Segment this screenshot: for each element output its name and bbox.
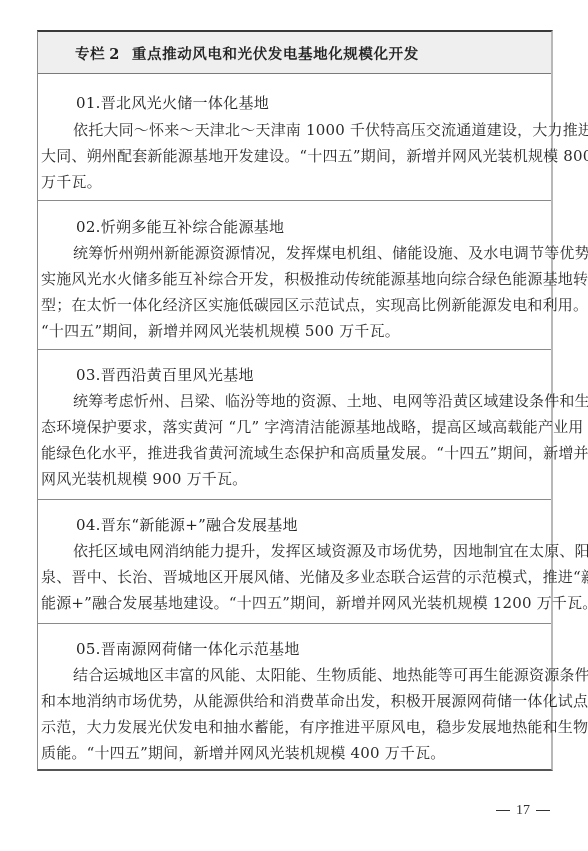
section-text-line: 质能。“十四五”期间，新增并网风光装机规模 400 万千瓦。 <box>41 742 548 763</box>
section-02: 02.忻朔多能互补综合能源基地 统筹忻州朔州新能源资源情况，发挥煤电机组、储能设… <box>38 200 551 350</box>
section-05: 05.晋南源网荷储一体化示范基地 结合运城地区丰富的风能、太阳能、生物质能、地热… <box>38 623 551 771</box>
dash-right <box>536 810 550 811</box>
section-text-line: “十四五”期间，新增并网风光装机规模 500 万千瓦。 <box>41 320 548 341</box>
document-page: 专栏2重点推动风电和光伏发电基地化规模化开发 01.晋北风光火储一体化基地 依托… <box>0 0 588 851</box>
section-text-line: 能绿色化水平，推进我省黄河流域生态保护和高质量发展。“十四五”期间，新增并 <box>41 442 548 463</box>
box-number: 2 <box>109 46 120 63</box>
section-text-line: 依托大同～怀来～天津北～天津南 1000 千伏特高压交流通道建设，大力推进 <box>73 119 548 140</box>
section-title: 05.晋南源网荷储一体化示范基地 <box>76 638 300 659</box>
section-text-line: 网风光装机规模 900 万千瓦。 <box>41 468 548 489</box>
section-04: 04.晋东“新能源+”融合发展基地 依托区域电网消纳能力提升，发挥区域资源及市场… <box>38 499 551 624</box>
section-text-line: 和本地消纳市场优势，从能源供给和消费革命出发，积极开展源网荷储一体化试点 <box>41 690 548 711</box>
section-title: 03.晋西沿黄百里风光基地 <box>76 364 254 385</box>
feature-box: 专栏2重点推动风电和光伏发电基地化规模化开发 01.晋北风光火储一体化基地 依托… <box>37 30 553 771</box>
section-text-line: 统筹忻州朔州新能源资源情况，发挥煤电机组、储能设施、及水电调节等优势， <box>73 242 548 263</box>
section-text-line: 型；在太忻一体化经济区实施低碳园区示范试点，实现高比例新能源发电和利用。 <box>41 294 548 315</box>
page-number: 17 <box>490 803 556 819</box>
box-title: 专栏2重点推动风电和光伏发电基地化规模化开发 <box>75 43 419 64</box>
page-number-value: 17 <box>516 803 530 818</box>
box-header: 专栏2重点推动风电和光伏发电基地化规模化开发 <box>38 32 551 74</box>
section-text-line: 大同、朔州配套新能源基地开发建设。“十四五”期间，新增并网风光装机规模 800 <box>41 145 548 166</box>
section-title: 02.忻朔多能互补综合能源基地 <box>76 216 284 237</box>
section-title: 04.晋东“新能源+”融合发展基地 <box>76 514 298 535</box>
section-title: 01.晋北风光火储一体化基地 <box>76 92 269 113</box>
section-text-line: 泉、晋中、长治、晋城地区开展风储、光储及多业态联合运营的示范模式，推进“新 <box>41 566 548 587</box>
section-text-line: 实施风光水火储多能互补综合开发，积极推动传统能源基地向综合绿色能源基地转 <box>41 268 548 289</box>
section-text-line: 态环境保护要求，落实黄河 “几” 字湾清洁能源基地战略，提高区域高载能产业用 <box>41 416 548 437</box>
box-label: 专栏 <box>75 46 105 63</box>
section-01: 01.晋北风光火储一体化基地 依托大同～怀来～天津北～天津南 1000 千伏特高… <box>38 73 551 201</box>
section-text-line: 万千瓦。 <box>41 171 548 192</box>
section-text-line: 示范，大力发展光伏发电和抽水蓄能，有序推进平原风电，稳步发展地热能和生物 <box>41 716 548 737</box>
section-03: 03.晋西沿黄百里风光基地 统筹考虑忻州、吕梁、临汾等地的资源、土地、电网等沿黄… <box>38 349 551 500</box>
section-text-line: 能源+”融合发展基地建设。“十四五”期间，新增并网风光装机规模 1200 万千瓦… <box>41 592 548 613</box>
section-text-line: 依托区域电网消纳能力提升，发挥区域资源及市场优势，因地制宜在太原、阳 <box>73 540 548 561</box>
box-heading: 重点推动风电和光伏发电基地化规模化开发 <box>132 46 419 63</box>
section-text-line: 统筹考虑忻州、吕梁、临汾等地的资源、土地、电网等沿黄区域建设条件和生 <box>73 390 548 411</box>
section-text-line: 结合运城地区丰富的风能、太阳能、生物质能、地热能等可再生能源资源条件 <box>73 664 548 685</box>
dash-left <box>496 810 510 811</box>
